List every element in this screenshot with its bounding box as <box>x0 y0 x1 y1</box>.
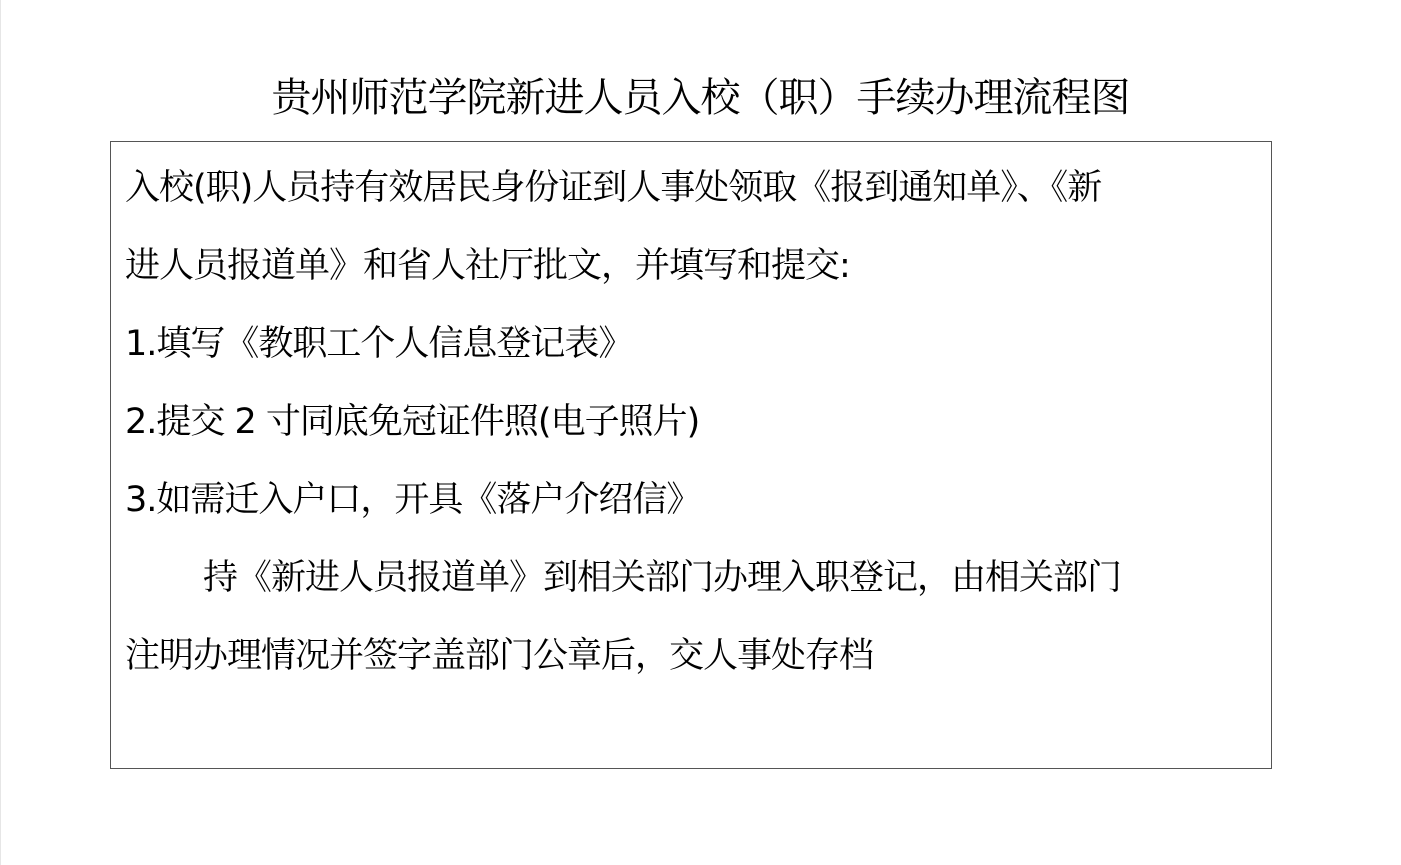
intro-text-line-2: 进人员报道单》和省人社厅批文，并填写和提交: <box>125 244 850 288</box>
registration-text-line-1: 持《新进人员报道单》到相关部门办理入职登记，由相关部门 <box>203 556 1121 600</box>
list-item-1: 1.填写《教职工个人信息登记表》 <box>125 322 632 366</box>
page-title: 贵州师范学院新进人员入校（职）手续办理流程图 <box>0 70 1401 126</box>
list-item-3: 3.如需迁入户口，开具《落户介绍信》 <box>125 478 700 522</box>
list-item-2: 2.提交 2 寸同底免冠证件照(电子照片) <box>125 400 699 444</box>
page-edge <box>0 0 1 865</box>
registration-text-line-2: 注明办理情况并签字盖部门公章后，交人事处存档 <box>125 634 873 678</box>
flowchart-step-box: 入校(职)人员持有效居民身份证到人事处领取《报到通知单》、《新 进人员报道单》和… <box>110 141 1272 769</box>
intro-text-line-1: 入校(职)人员持有效居民身份证到人事处领取《报到通知单》、《新 <box>125 166 1101 210</box>
